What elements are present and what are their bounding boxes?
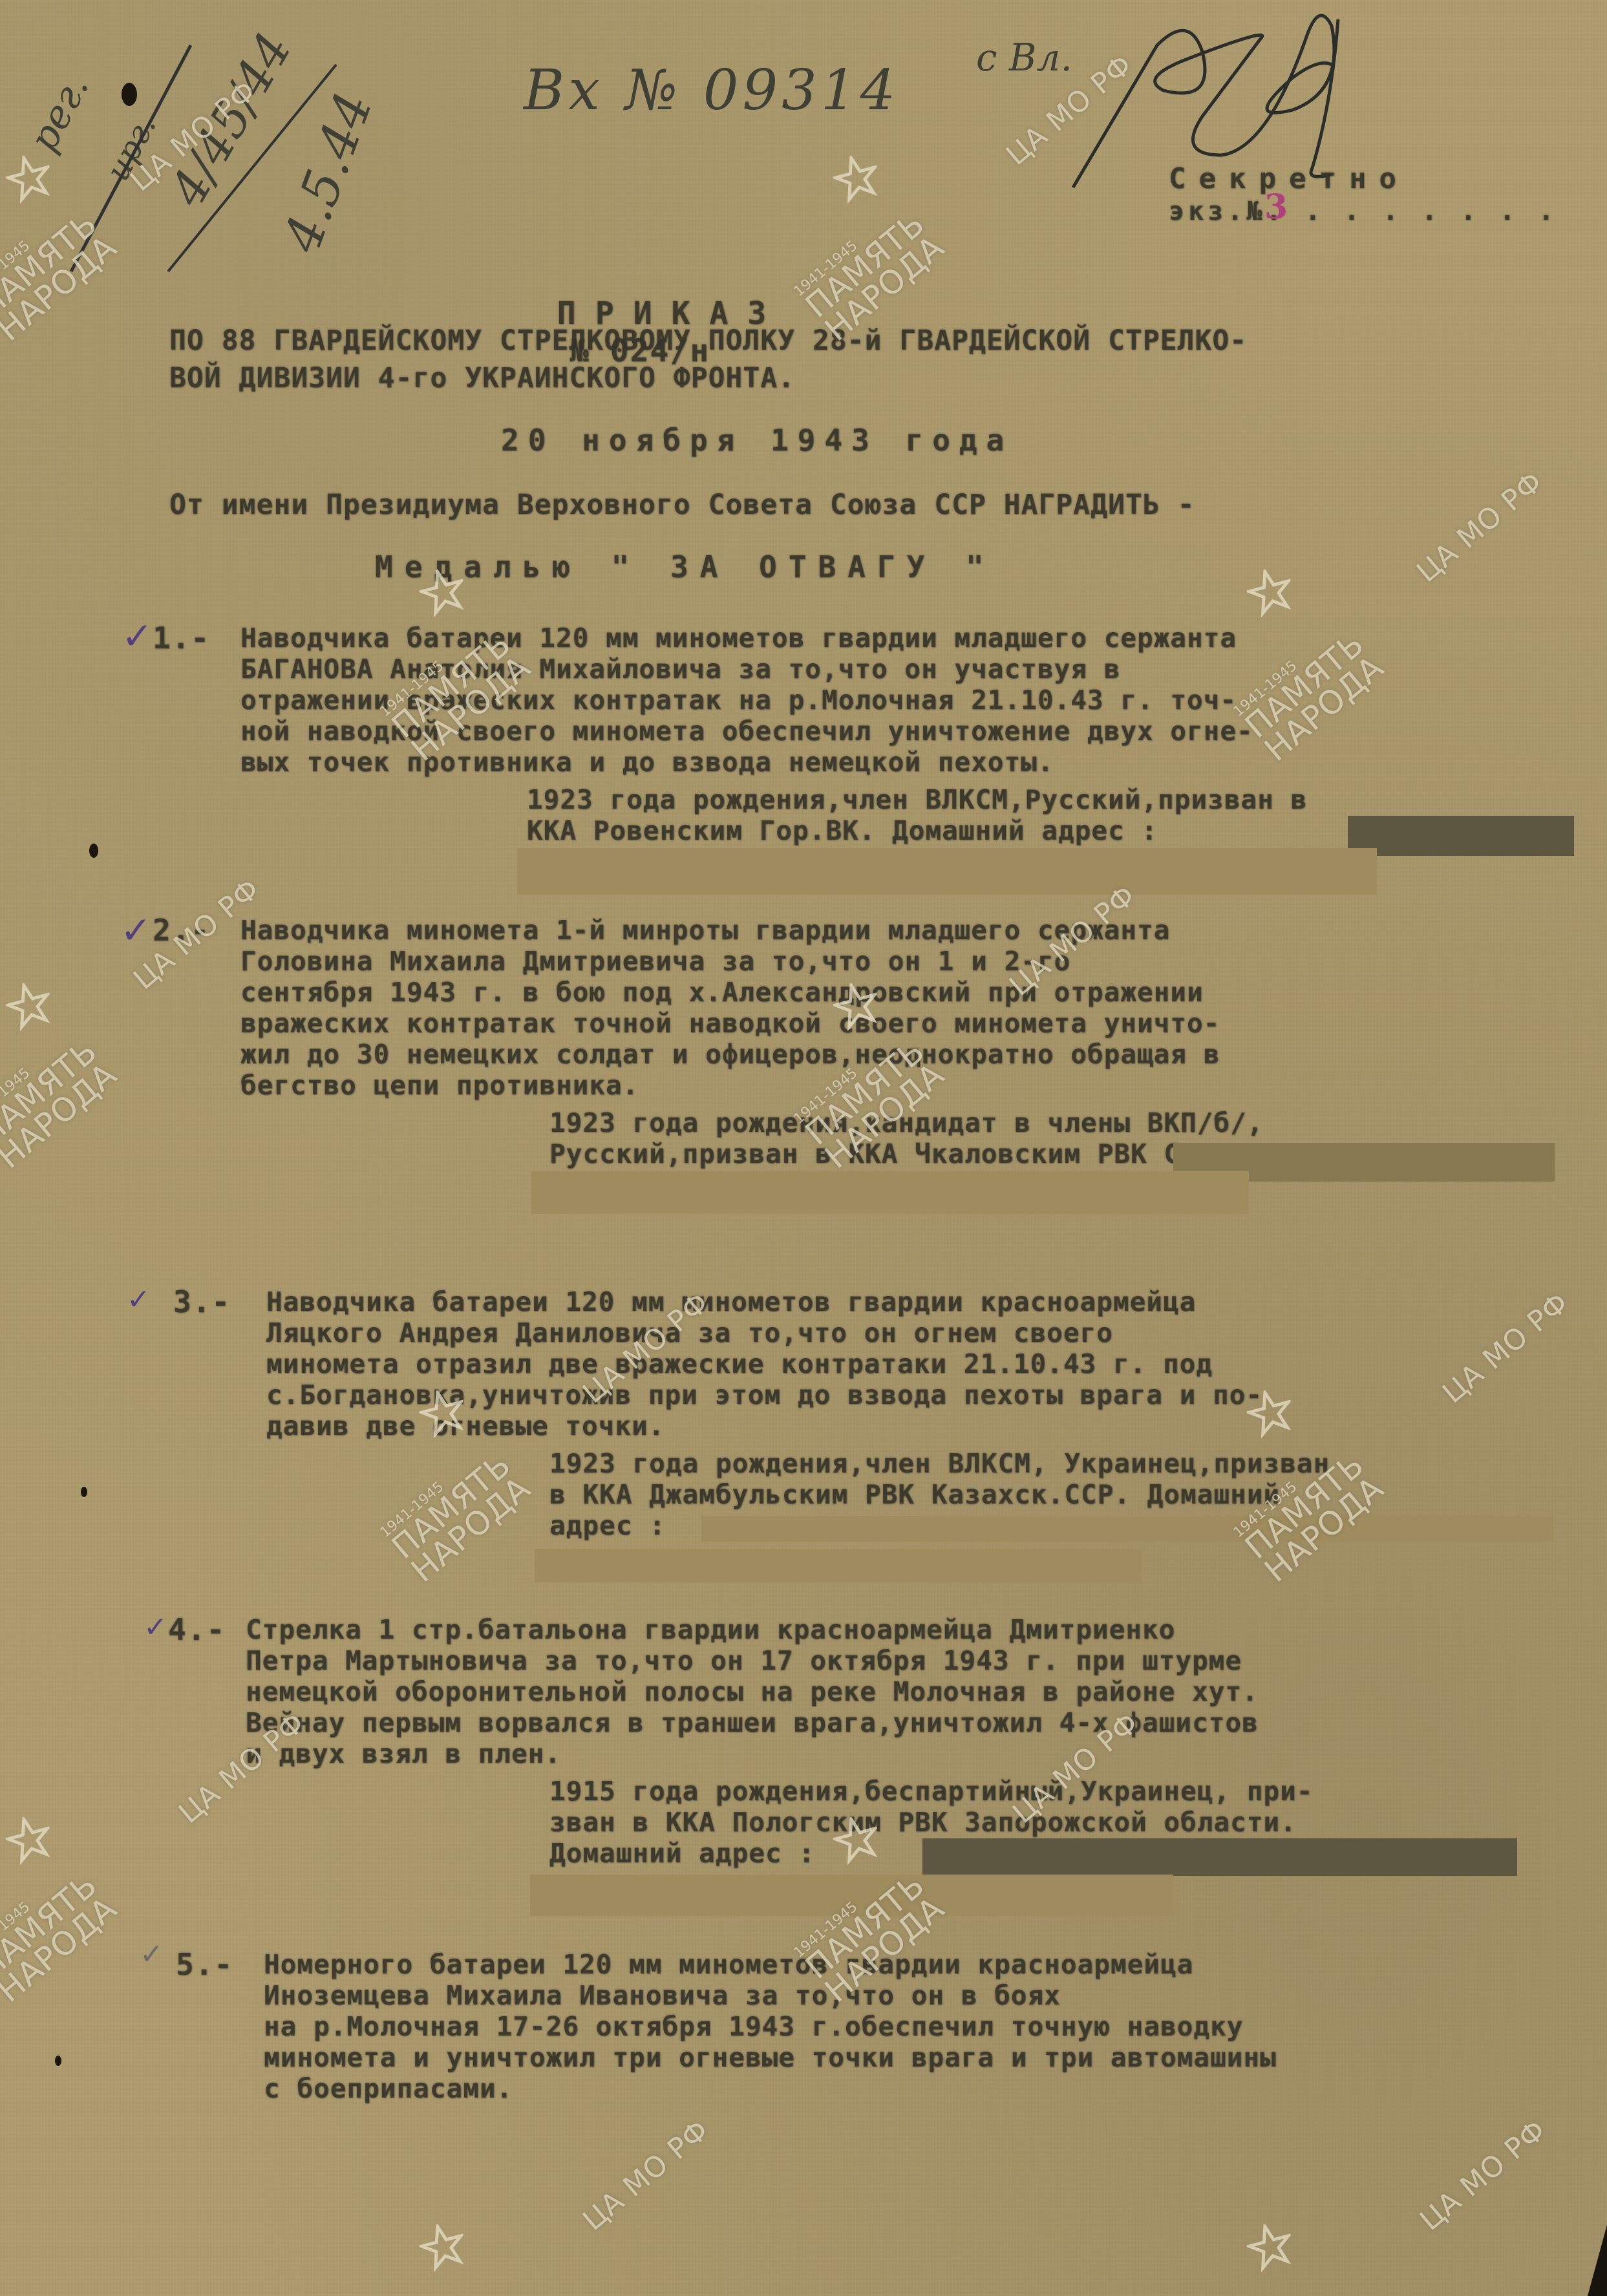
order-date: 20 ноября 1943 года	[501, 421, 1013, 459]
redaction-box	[535, 1549, 1142, 1582]
watermark-archive: ЦА МО РФ	[1414, 2113, 1553, 2237]
checkmark-icon: ✓	[127, 1283, 151, 1316]
watermark-years: 1941-1945	[1232, 617, 1350, 719]
scan-edge-shadow	[1588, 2225, 1607, 2296]
watermark-line-1: ПАМЯТЬ	[1240, 628, 1370, 743]
star-icon	[1, 977, 57, 1033]
binding-hole	[55, 2056, 61, 2066]
redaction-box	[1348, 816, 1574, 856]
redaction-box	[531, 1171, 1249, 1214]
watermark-archive: ЦА МО РФ	[1436, 1286, 1575, 1410]
binding-hole	[81, 1487, 87, 1497]
bio-line: ККА Ровенским Гор.ВК. Домашний адрес :	[527, 812, 1158, 849]
pencil-strike-line-2	[155, 58, 156, 59]
watermark-archive: ЦА МО РФ	[577, 2113, 716, 2237]
checkmark-icon: ✓	[120, 908, 152, 952]
binding-hole	[89, 844, 98, 858]
entry-number: 4.-	[168, 1611, 226, 1648]
entry-number: 2.-	[153, 911, 210, 949]
redaction-box	[517, 848, 1377, 895]
watermark-line-1: ПАМЯТЬ	[801, 207, 930, 323]
entry-number: 1.-	[153, 619, 210, 657]
handwritten-registry-number: Вх № 09314	[524, 58, 899, 123]
redaction-box	[530, 1875, 1173, 1916]
issuer-line-1: ПО 88 ГВАРДЕЙСКОМУ СТРЕЛКОВОМУ ПОЛКУ 28-…	[169, 322, 1247, 359]
redaction-box	[922, 1838, 1517, 1876]
star-icon	[829, 150, 884, 206]
watermark-years: 1941-1945	[793, 197, 910, 299]
star-icon	[1, 150, 57, 206]
copy-number-value: 3	[1264, 187, 1288, 227]
watermark-line-1: ПАМЯТЬ	[387, 1449, 516, 1564]
entry-number: 3.-	[173, 1283, 231, 1321]
watermark-years: 1941-1945	[0, 1025, 83, 1127]
entry-number: 5.-	[176, 1946, 233, 1983]
handwritten-signature-note: с Вл.	[976, 36, 1072, 80]
star-icon	[1242, 564, 1298, 619]
watermark-archive: ЦА МО РФ	[1410, 465, 1549, 589]
star-icon	[1242, 2218, 1298, 2274]
award-name: Медалью " ЗА ОТВАГУ "	[375, 548, 995, 586]
bio-line: адрес :	[549, 1507, 666, 1544]
checkmark-icon: ✓	[122, 614, 153, 658]
issuer-line-2: ВОЙ ДИВИЗИИ 4-го УКРАИНСКОГО ФРОНТА.	[169, 359, 795, 397]
award-authority: От имени Президиума Верховного Совета Со…	[169, 486, 1195, 524]
bio-line: Домашний адрес :	[549, 1834, 815, 1872]
entry-line: вых точек противника и до взвода немецко…	[240, 743, 1054, 781]
watermark-years: 1941-1945	[379, 1438, 496, 1540]
watermark-line-2: НАРОДА	[0, 1893, 122, 2008]
redaction-box	[701, 1516, 1553, 1542]
watermark-project: 1941-1945 ПАМЯТЬ НАРОДА	[379, 1438, 536, 1588]
watermark-project: 1941-1945 ПАМЯТЬ НАРОДА	[0, 1858, 122, 2008]
watermark-line-1: ПАМЯТЬ	[0, 1869, 102, 1984]
watermark-line-2: НАРОДА	[407, 1472, 536, 1588]
watermark-line-2: НАРОДА	[0, 1059, 122, 1174]
star-icon	[1, 1811, 57, 1867]
entry-line: с боеприпасами.	[264, 2070, 513, 2107]
watermark-project: 1941-1945 ПАМЯТЬ НАРОДА	[0, 1025, 122, 1174]
watermark-years: 1941-1945	[0, 1858, 83, 1961]
entry-line: и двух взял в плен.	[246, 1735, 561, 1772]
pencil-diagonal-line	[162, 58, 343, 278]
checkmark-icon: ✓	[144, 1611, 167, 1644]
checkmark-icon: ✓	[140, 1938, 164, 1971]
watermark-project: 1941-1945 ПАМЯТЬ НАРОДА	[1232, 617, 1389, 767]
watermark-line-1: ПАМЯТЬ	[0, 1035, 102, 1150]
entry-line: бегство цепи противника.	[240, 1067, 639, 1104]
star-icon	[415, 2218, 471, 2274]
watermark-line-2: НАРОДА	[1260, 652, 1389, 767]
copy-number-label: экз.№. . . . . . . .	[1169, 193, 1558, 230]
